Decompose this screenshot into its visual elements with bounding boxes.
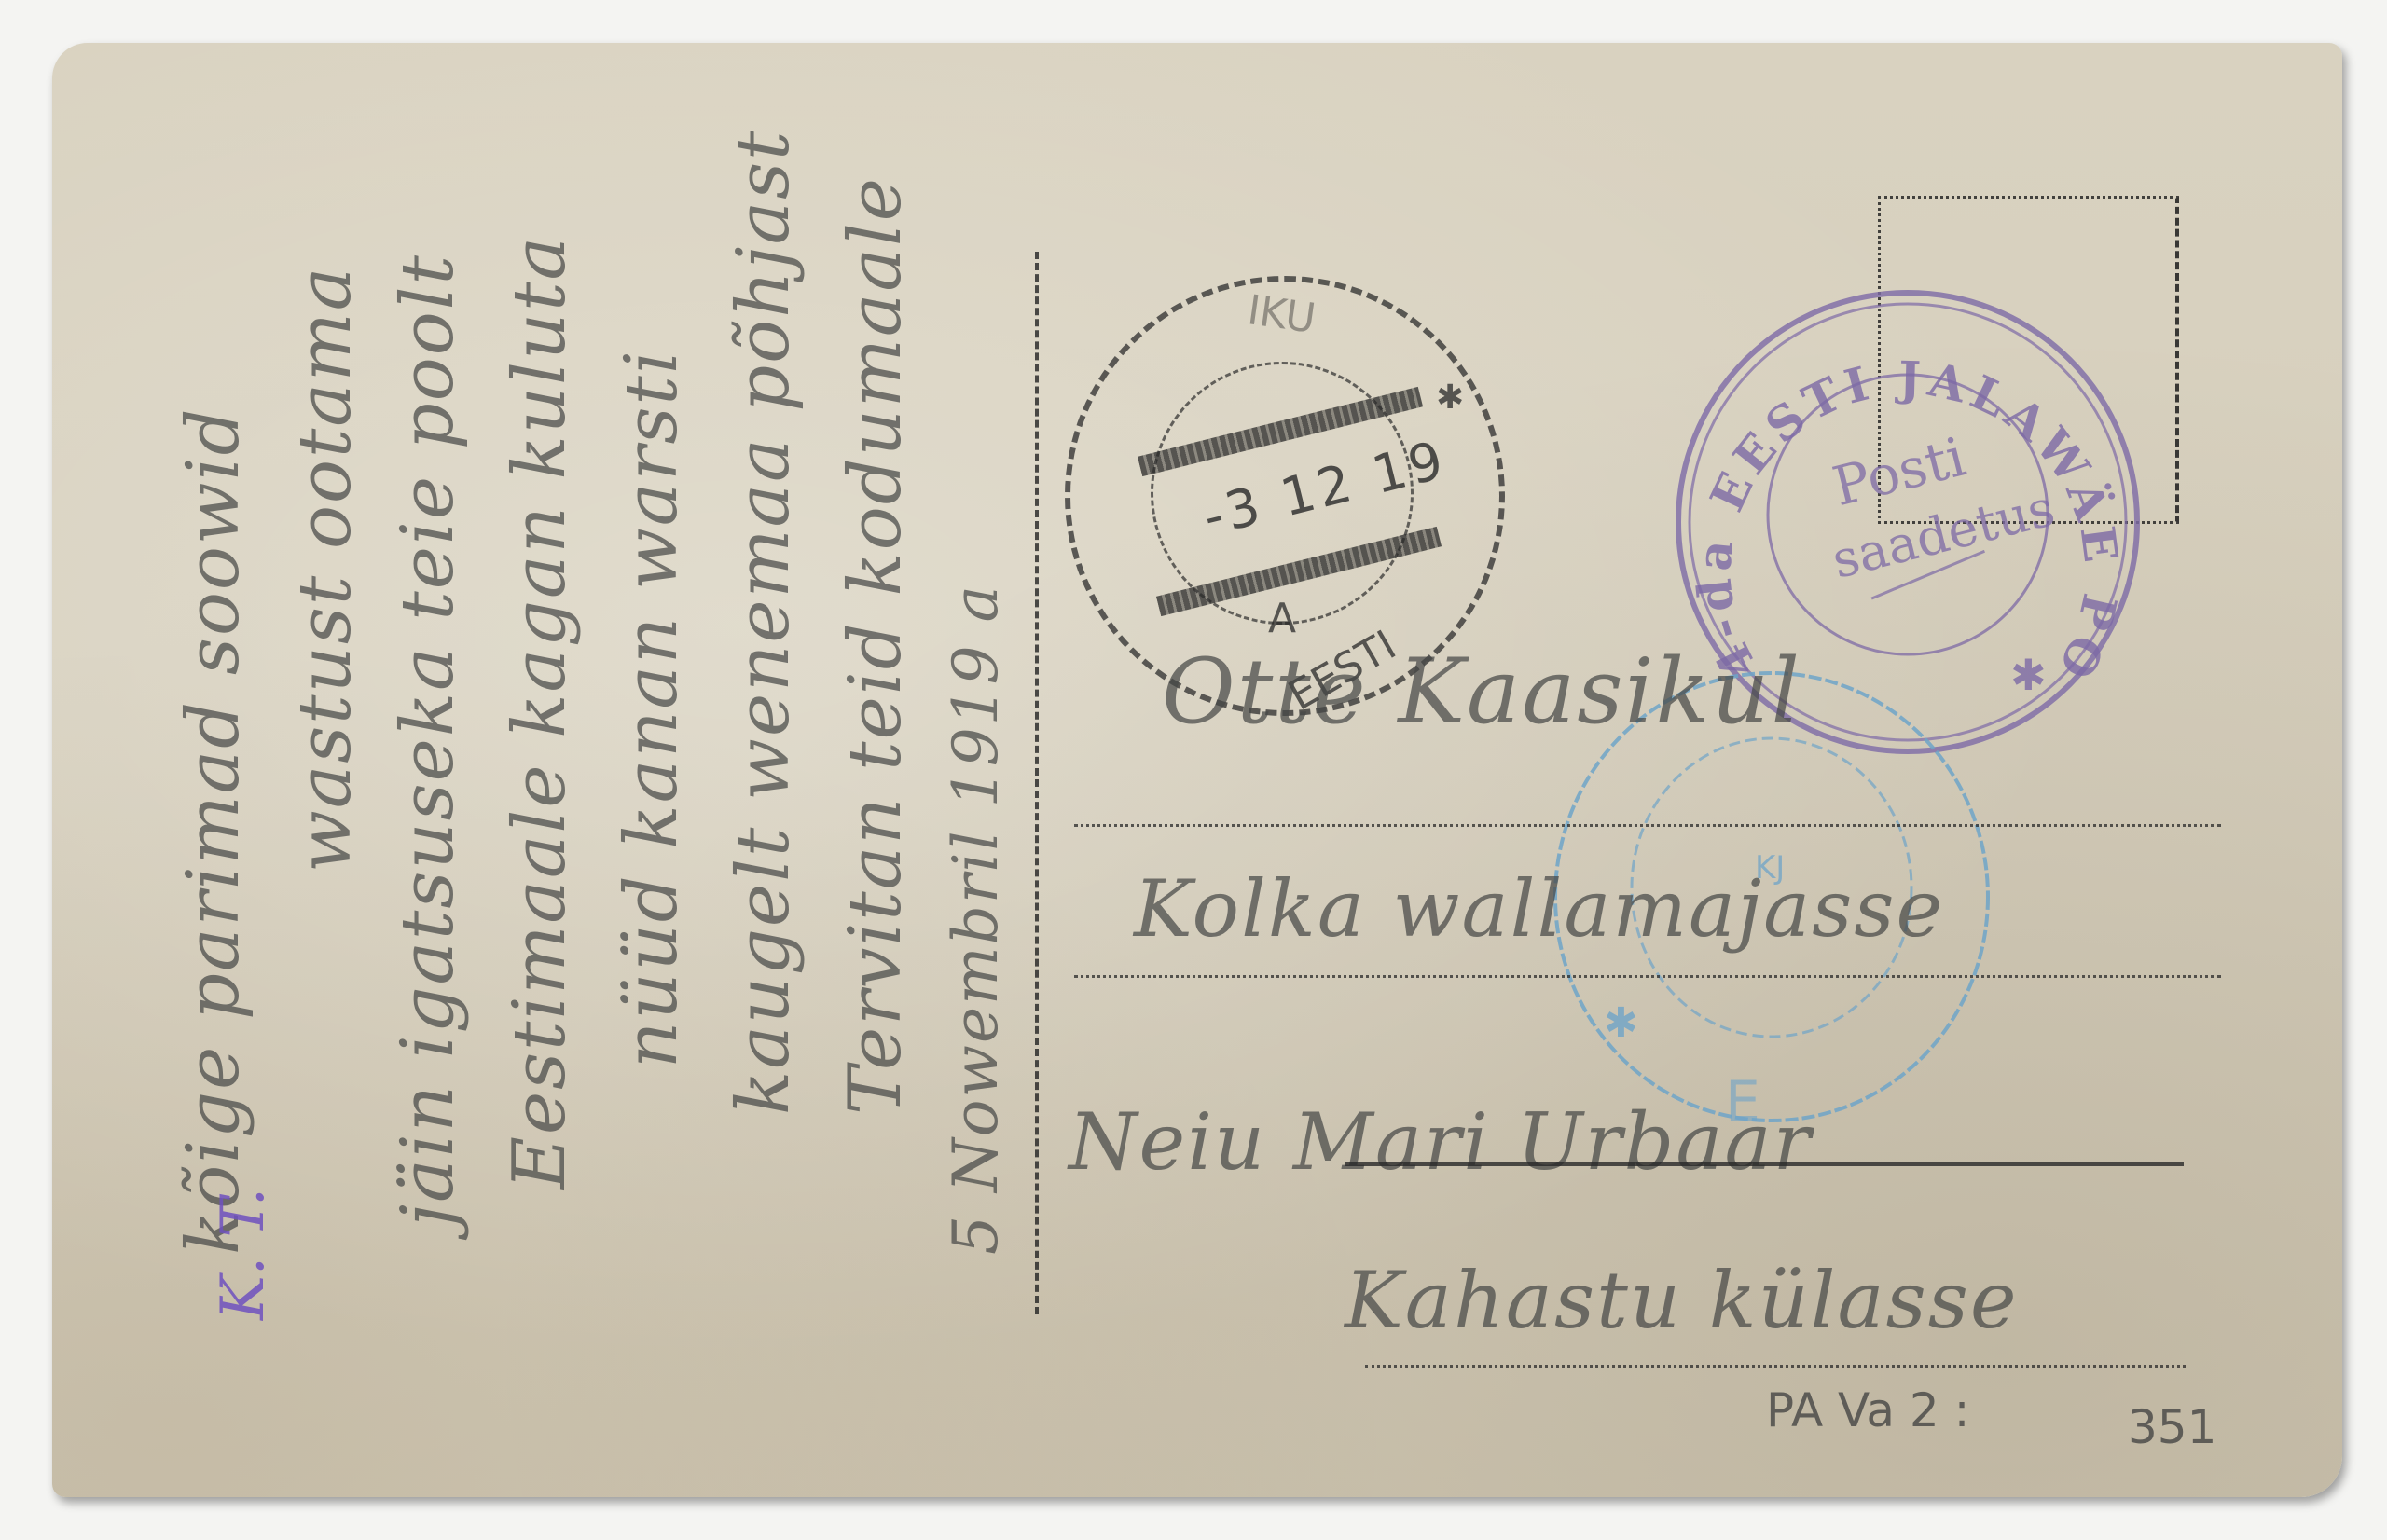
star-icon: ✱ — [1436, 378, 1464, 417]
signature-initials: K. T. — [209, 1188, 278, 1320]
address-line-3: Neiu Mari Urbaar — [1069, 1096, 1813, 1188]
message-line: Tervitan teid kodumaale — [834, 176, 918, 1115]
star-icon: ✱ — [2010, 650, 2047, 700]
postcard: 5 Nowembril 1919 a Tervitan teid kodumaa… — [52, 43, 2342, 1497]
message-line: wastust ootama — [283, 266, 367, 1273]
postmark-series: A — [1268, 595, 1296, 642]
address-rule — [1074, 824, 2221, 827]
star-icon: ✱ — [1604, 999, 1638, 1047]
message-line: kõige parimad soowid — [172, 406, 255, 1255]
address-line-2: Kolka wallamajasse — [1134, 863, 1944, 955]
address-rule — [1365, 1365, 2186, 1368]
card-divider — [1035, 252, 1039, 1314]
archive-number: 351 — [2128, 1400, 2216, 1454]
address-line-1: Otte Kaasikul — [1162, 639, 1801, 744]
message-line: kaugelt wenemaa põhjast — [722, 130, 806, 1115]
address-underline — [1345, 1162, 2184, 1166]
postmark-place: IKU — [1245, 286, 1318, 343]
archive-reference: PA Va 2 : — [1766, 1383, 1969, 1437]
message-line: jäin igatsuseka teie poolt — [386, 254, 470, 1227]
address-rule — [1074, 975, 2221, 978]
message-date: 5 Nowembril 1919 a — [940, 584, 1012, 1255]
message-line: Eestimaale kagan kuluta — [498, 235, 582, 1189]
address-line-4: Kahastu külasse — [1345, 1255, 2019, 1346]
message-line: nüüd kanan warsti — [610, 349, 694, 1068]
